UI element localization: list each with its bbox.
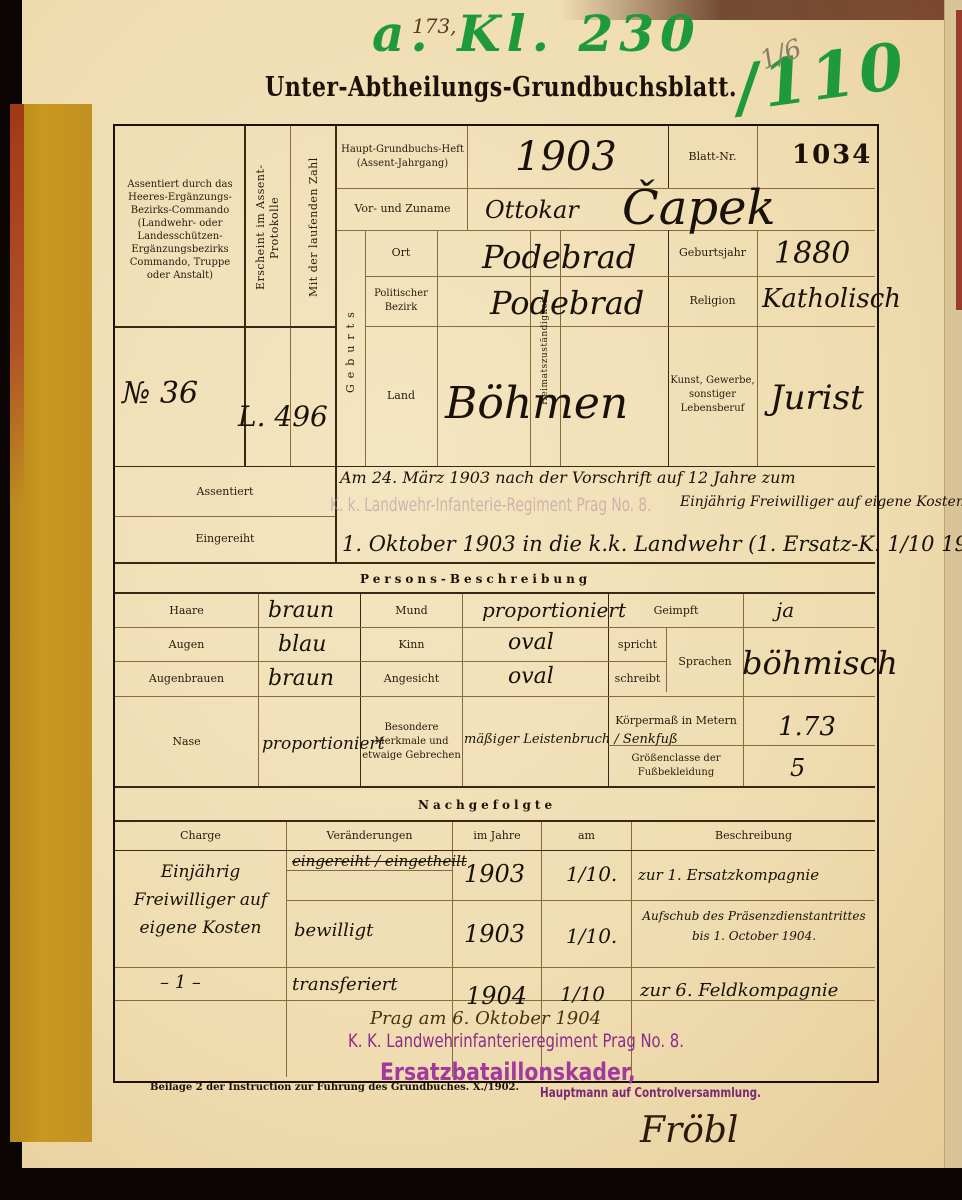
geimpft-value: ja [776, 598, 794, 622]
last-name-value: Čapek [622, 180, 776, 236]
koerpermass-value: 1.73 [778, 712, 836, 742]
assentiert-durch-label: Assentiert durch das Heeres-Ergänzungs-B… [118, 140, 242, 320]
history-row-2-desc: Aufschub des Präsenzdienstantrittes bis … [636, 906, 872, 946]
haare-value: braun [268, 598, 334, 623]
name-label: Vor- und Zuname [340, 190, 465, 228]
col-jahre: im Jahre [453, 822, 541, 850]
history-row-1-change: eingereiht / eingetheilt [292, 852, 467, 870]
augenbrauen-value: braun [268, 666, 334, 691]
binding-tape-stain [10, 104, 24, 504]
merkmale-label: Besondere Merkmale und etwaige Gebrechen [361, 697, 462, 786]
col-am: am [542, 822, 631, 850]
sheet-number-label: Blatt-Nr. [670, 130, 755, 184]
assentiert-value-line2: Einjährig Freiwilliger auf eigene Kosten… [680, 494, 962, 510]
angesicht-value: oval [508, 664, 554, 689]
description-section-title: Persons-Beschreibung [360, 572, 591, 586]
history-row-3-year: 1904 [466, 982, 527, 1010]
religion-label: Religion [670, 278, 755, 324]
koerpermass-label: Körpermaß in Metern [609, 697, 743, 745]
place-date: Prag am 6. Oktober 1904 [370, 1008, 601, 1029]
history-row-3-date: 1/10 [560, 982, 605, 1006]
history-row-3-change: transferiert [292, 974, 398, 995]
augenbrauen-label: Augenbrauen [115, 662, 258, 696]
signature: Fröbl [640, 1110, 738, 1151]
history-row-3-desc: zur 6. Feldkompagnie [640, 980, 838, 1001]
stamp-regiment: K. K. Landwehrinfanterieregiment Prag No… [348, 1030, 684, 1052]
history-row-1-year: 1903 [464, 860, 525, 888]
schreibt-label: schreibt [609, 662, 666, 696]
mund-value: proportioniert [482, 598, 626, 622]
geimpft-label: Geimpft [609, 594, 743, 627]
history-row-2-year: 1903 [464, 920, 525, 948]
religion-value: Katholisch [762, 284, 901, 314]
spricht-label: spricht [609, 628, 666, 661]
col-charge: Charge [115, 822, 286, 850]
history-row-2-date: 1/10. [566, 924, 617, 948]
assentiert-durch-value: № 36 [122, 376, 198, 411]
augen-value: blau [278, 632, 326, 657]
beruf-value: Jurist [770, 378, 864, 418]
assentiert-label: Assentiert [115, 470, 335, 514]
fuss-value: 5 [790, 754, 805, 782]
history-row-2-change: bewilligt [294, 920, 373, 941]
grundbuch-heft-label: Haupt-Grundbuchs-Heft (Assent-Jahrgang) [340, 130, 465, 184]
ort-value: Podebrad [482, 238, 636, 276]
page-title: Unter-Abtheilungs-Grundbuchsblatt. [265, 72, 737, 103]
eingereiht-value: 1. Oktober 1903 in die k.k. Landwehr (1.… [342, 532, 962, 556]
sprachen-value: böhmisch [742, 644, 898, 682]
beruf-label: Kunst, Gewerbe, sonstiger Lebensberuf [670, 330, 755, 460]
history-row-1-date: 1/10. [566, 862, 617, 886]
land-value: Böhmen [445, 378, 628, 429]
ort-label: Ort [367, 232, 435, 274]
erscheint-label: Erscheint im Assent-Protokolle [254, 135, 282, 320]
birth-group-label: Geburts [340, 240, 362, 460]
archive-superscript: 173, [412, 14, 457, 38]
nase-label: Nase [115, 697, 258, 786]
history-row-1-charge: Einjährig Freiwilliger auf eigene Kosten [118, 858, 283, 942]
assentiert-value-line1: Am 24. März 1903 nach der Vorschrift auf… [340, 468, 796, 487]
birth-year-label: Geburtsjahr [670, 232, 755, 274]
fuss-label: Größenclasse der Fußbekleidung [609, 746, 743, 786]
mund-label: Mund [361, 594, 462, 627]
birth-year-value: 1880 [774, 236, 850, 271]
faint-stamp: K. k. Landwehr-Infanterie-Regiment Prag … [330, 494, 651, 516]
first-name-value: Ottokar [485, 196, 579, 224]
col-beschreibung: Beschreibung [632, 822, 875, 850]
sprachen-label: Sprachen [667, 628, 743, 696]
eingereiht-label: Eingereiht [115, 518, 335, 560]
sheet-number: 1034 [792, 140, 872, 170]
angesicht-label: Angesicht [361, 662, 462, 696]
bezirk-label: Politischer Bezirk [367, 278, 435, 324]
land-label: Land [367, 328, 435, 464]
laufende-zahl-label: Mit der laufenden Zahl [300, 135, 328, 320]
haare-label: Haare [115, 594, 258, 627]
grundbuch-heft-value: 1903 [515, 134, 617, 180]
history-row-1-desc: zur 1. Ersatzkompagnie [638, 866, 819, 884]
page-edge-red [956, 10, 962, 310]
kinn-label: Kinn [361, 628, 462, 661]
form-footnote: Beilage 2 der Instruction zur Führung de… [150, 1082, 519, 1093]
bezirk-value: Podebrad [490, 284, 644, 322]
history-section-title: Nachgefolgte [418, 798, 556, 812]
history-row-3-charge: – 1 – [160, 972, 201, 993]
augen-label: Augen [115, 628, 258, 661]
erscheint-value: L. 496 [238, 400, 328, 433]
col-veraenderungen: Veränderungen [287, 822, 452, 850]
kinn-value: oval [508, 630, 554, 655]
stamp-hauptmann: Hauptmann auf Controlversammlung. [540, 1086, 761, 1101]
